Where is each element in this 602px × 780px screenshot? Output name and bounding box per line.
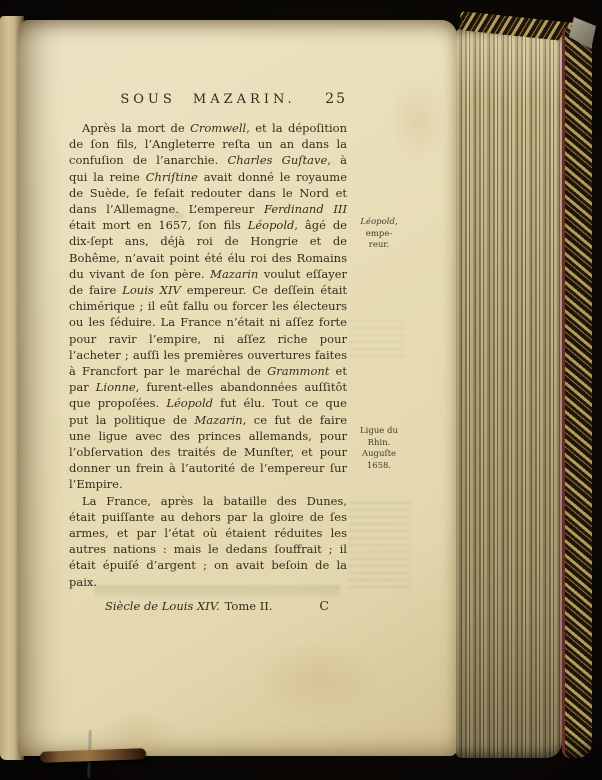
ink-showthrough: [348, 502, 410, 590]
text-line: une ligue avec des princes allemands, po…: [69, 428, 347, 444]
margin-note-line: Rhin.: [344, 438, 414, 450]
margin-note-line: Léopold,: [344, 217, 414, 229]
text-line: l’Empire.: [69, 476, 347, 492]
text-line: à Francfort par le maréchal de Grammont …: [69, 363, 347, 379]
margin-note-line: 1658.: [344, 461, 414, 473]
text-line: de faire Louis XIV empereur. Ce deſſein …: [69, 282, 347, 298]
text-line: l’acheter ; auſſi les premières ouvertur…: [69, 347, 347, 363]
text-line: confuſion de l’anarchie. Charles Guſtave…: [69, 152, 347, 168]
text-line: paix.: [69, 574, 347, 590]
margin-note: Léopold,empe-reur.: [344, 217, 414, 252]
body-text: Après la mort de Cromwell, et la dépoſit…: [69, 120, 347, 590]
text-line: du vivant de ſon père. Mazarin voulut eſ…: [69, 266, 347, 282]
margin-note-line: Ligue du: [344, 426, 414, 438]
book-page: SOUS MAZARIN. 25 Après la mort de Cromwe…: [18, 20, 458, 756]
signature-mark: C: [319, 598, 329, 613]
paragraph: Après la mort de Cromwell, et la dépoſit…: [69, 120, 347, 493]
text-line: pour ravir l’empire, ni aſſez riche pour: [69, 331, 347, 347]
text-line: armes, et par l’état où étaient réduites…: [69, 525, 347, 541]
footer-line: Siècle de Louis XIV. Tome II. C: [69, 598, 347, 616]
paragraph: La France, après la bataille des Dunes,é…: [69, 493, 347, 590]
margin-note-line: Auguſte: [344, 449, 414, 461]
text-line: par Lionne, furent-elles abandonnées auſ…: [69, 379, 347, 395]
text-line: put la politique de Mazarin, ce fut de f…: [69, 412, 347, 428]
text-line: était puiſſante au dehors par la gloire …: [69, 509, 347, 525]
ink-showthrough: [348, 320, 404, 360]
text-line: l’obſervation des traités de Munſter, et…: [69, 444, 347, 460]
page-number: 25: [325, 91, 347, 107]
text-line: de Suède, ſe feſait redouter dans le Nor…: [69, 185, 347, 201]
running-header-title: SOUS MAZARIN.: [120, 92, 295, 107]
book-photo: SOUS MAZARIN. 25 Après la mort de Cromwe…: [0, 0, 602, 780]
text-line: dans l’Allemagne. L’empereur Ferdinand I…: [69, 201, 347, 217]
paper-stain: [253, 640, 383, 720]
text-line: dix-ſept ans, déjà roi de Hongrie et de: [69, 233, 347, 249]
fore-edge-pages: [456, 28, 562, 758]
footer-book-title: Siècle de Louis XIV.: [105, 599, 220, 613]
text-line: de ſon fils, l’Angleterre reſta un an da…: [69, 136, 347, 152]
text-line: était épuiſé d’argent ; on avait beſoin …: [69, 557, 347, 573]
text-line: ou les ſéduire. La France n’était ni aſſ…: [69, 314, 347, 330]
margin-note-line: reur.: [344, 240, 414, 252]
text-line: Bohême, n’avait point été élu roi des Ro…: [69, 250, 347, 266]
text-line: donner un frein à l’autorité de l’empere…: [69, 460, 347, 476]
text-line: que propoſées. Léopold fut élu. Tout ce …: [69, 395, 347, 411]
footer-volume: Tome II.: [225, 599, 273, 613]
text-line: chimérique ; il eût fallu ou forcer les …: [69, 298, 347, 314]
text-line: qui la reine Chriſtine avait donné le ro…: [69, 169, 347, 185]
text-line: était mort en 1657, ſon fils Léopold, âg…: [69, 217, 347, 233]
running-header: SOUS MAZARIN. 25: [69, 92, 347, 112]
cover-edge-right: [562, 26, 592, 758]
margin-note-line: empe-: [344, 229, 414, 241]
margin-note: Ligue duRhin.Auguſte1658.: [344, 426, 414, 472]
text-line: autres nations : mais le dedans ſouffrai…: [69, 541, 347, 557]
paper-stain: [388, 75, 448, 165]
text-line: La France, après la bataille des Dunes,: [69, 493, 347, 509]
text-line: Après la mort de Cromwell, et la dépoſit…: [69, 120, 347, 136]
debris-fragment: [40, 748, 146, 763]
